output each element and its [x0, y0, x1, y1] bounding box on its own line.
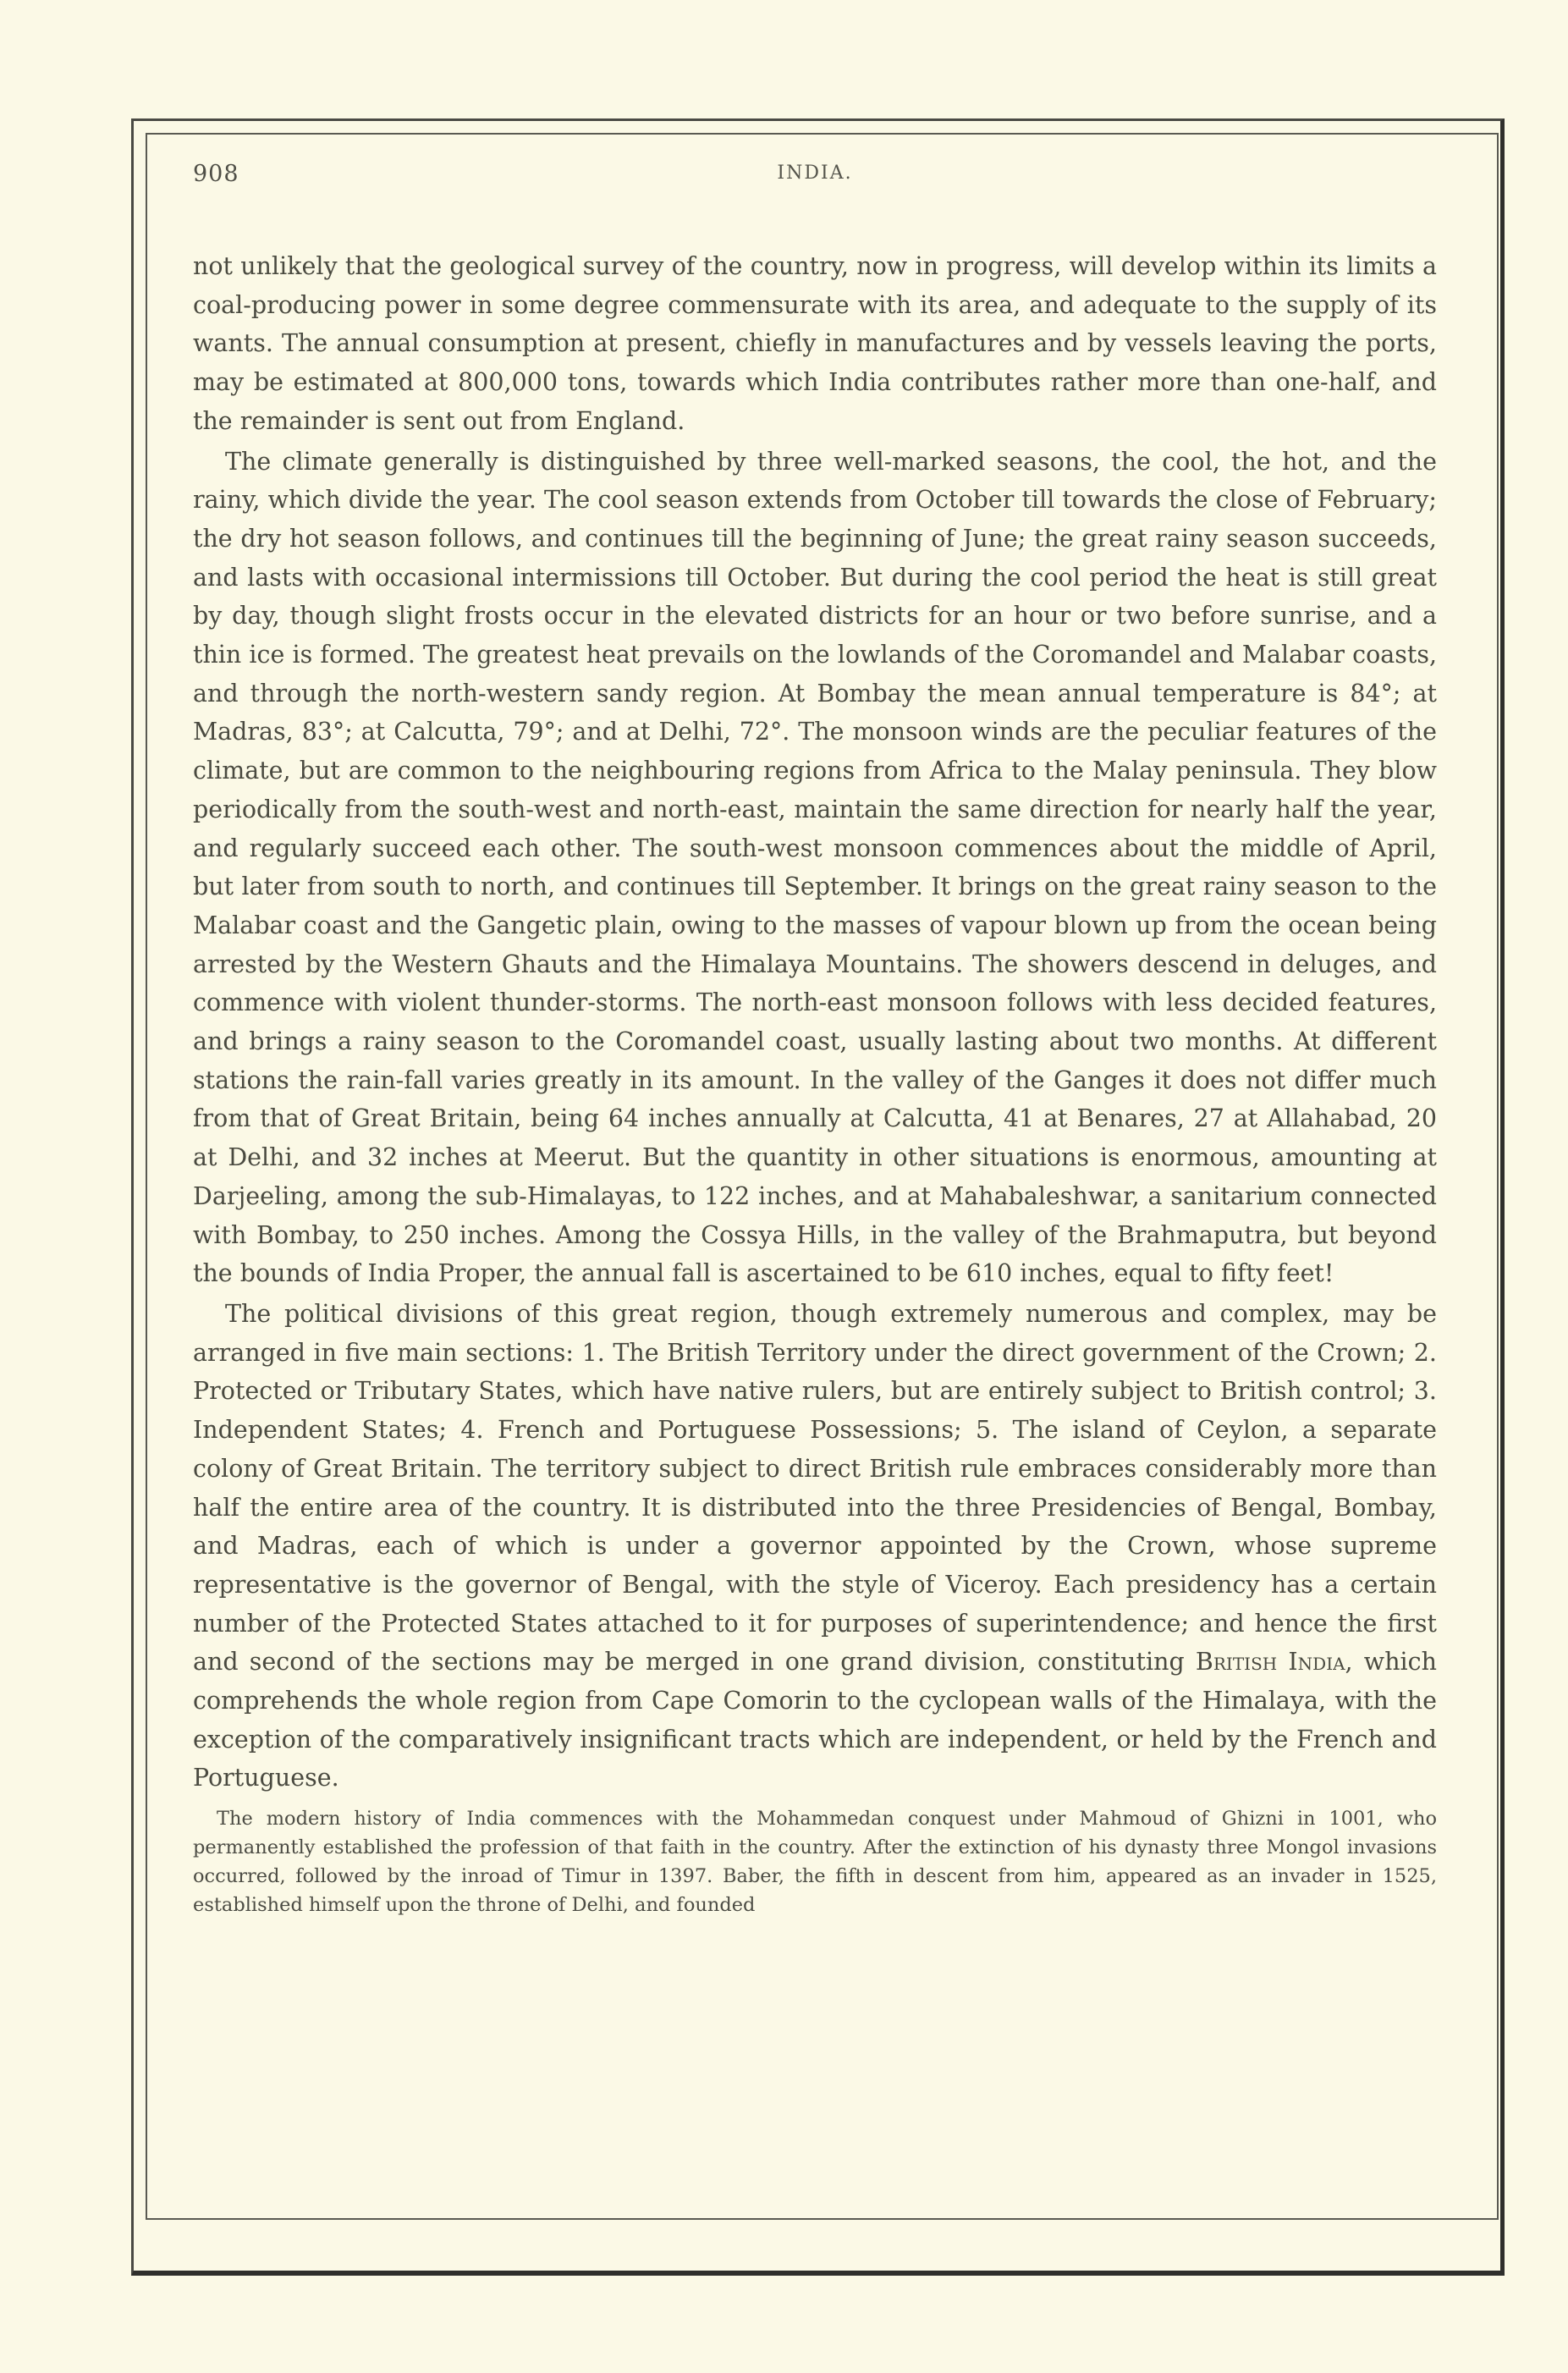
running-title: INDIA. [193, 162, 1437, 184]
footnote: The modern history of India commences wi… [193, 1804, 1437, 1919]
footnote-text: The modern history of India commences wi… [193, 1804, 1437, 1919]
running-head: 908 INDIA. [193, 161, 1437, 212]
body-text: not unlikely that the geological survey … [193, 247, 1437, 1798]
paragraph-coal: not unlikely that the geological survey … [193, 247, 1437, 441]
paragraph-political-divisions: The political divisions of this great re… [193, 1295, 1437, 1798]
paragraph-climate: The climate generally is distinguished b… [193, 443, 1437, 1293]
political-divisions-text-a: The political divisions of this great re… [193, 1300, 1437, 1676]
book-page: 908 INDIA. not unlikely that the geologi… [193, 161, 1437, 1919]
british-india-term: British India [1196, 1648, 1345, 1676]
